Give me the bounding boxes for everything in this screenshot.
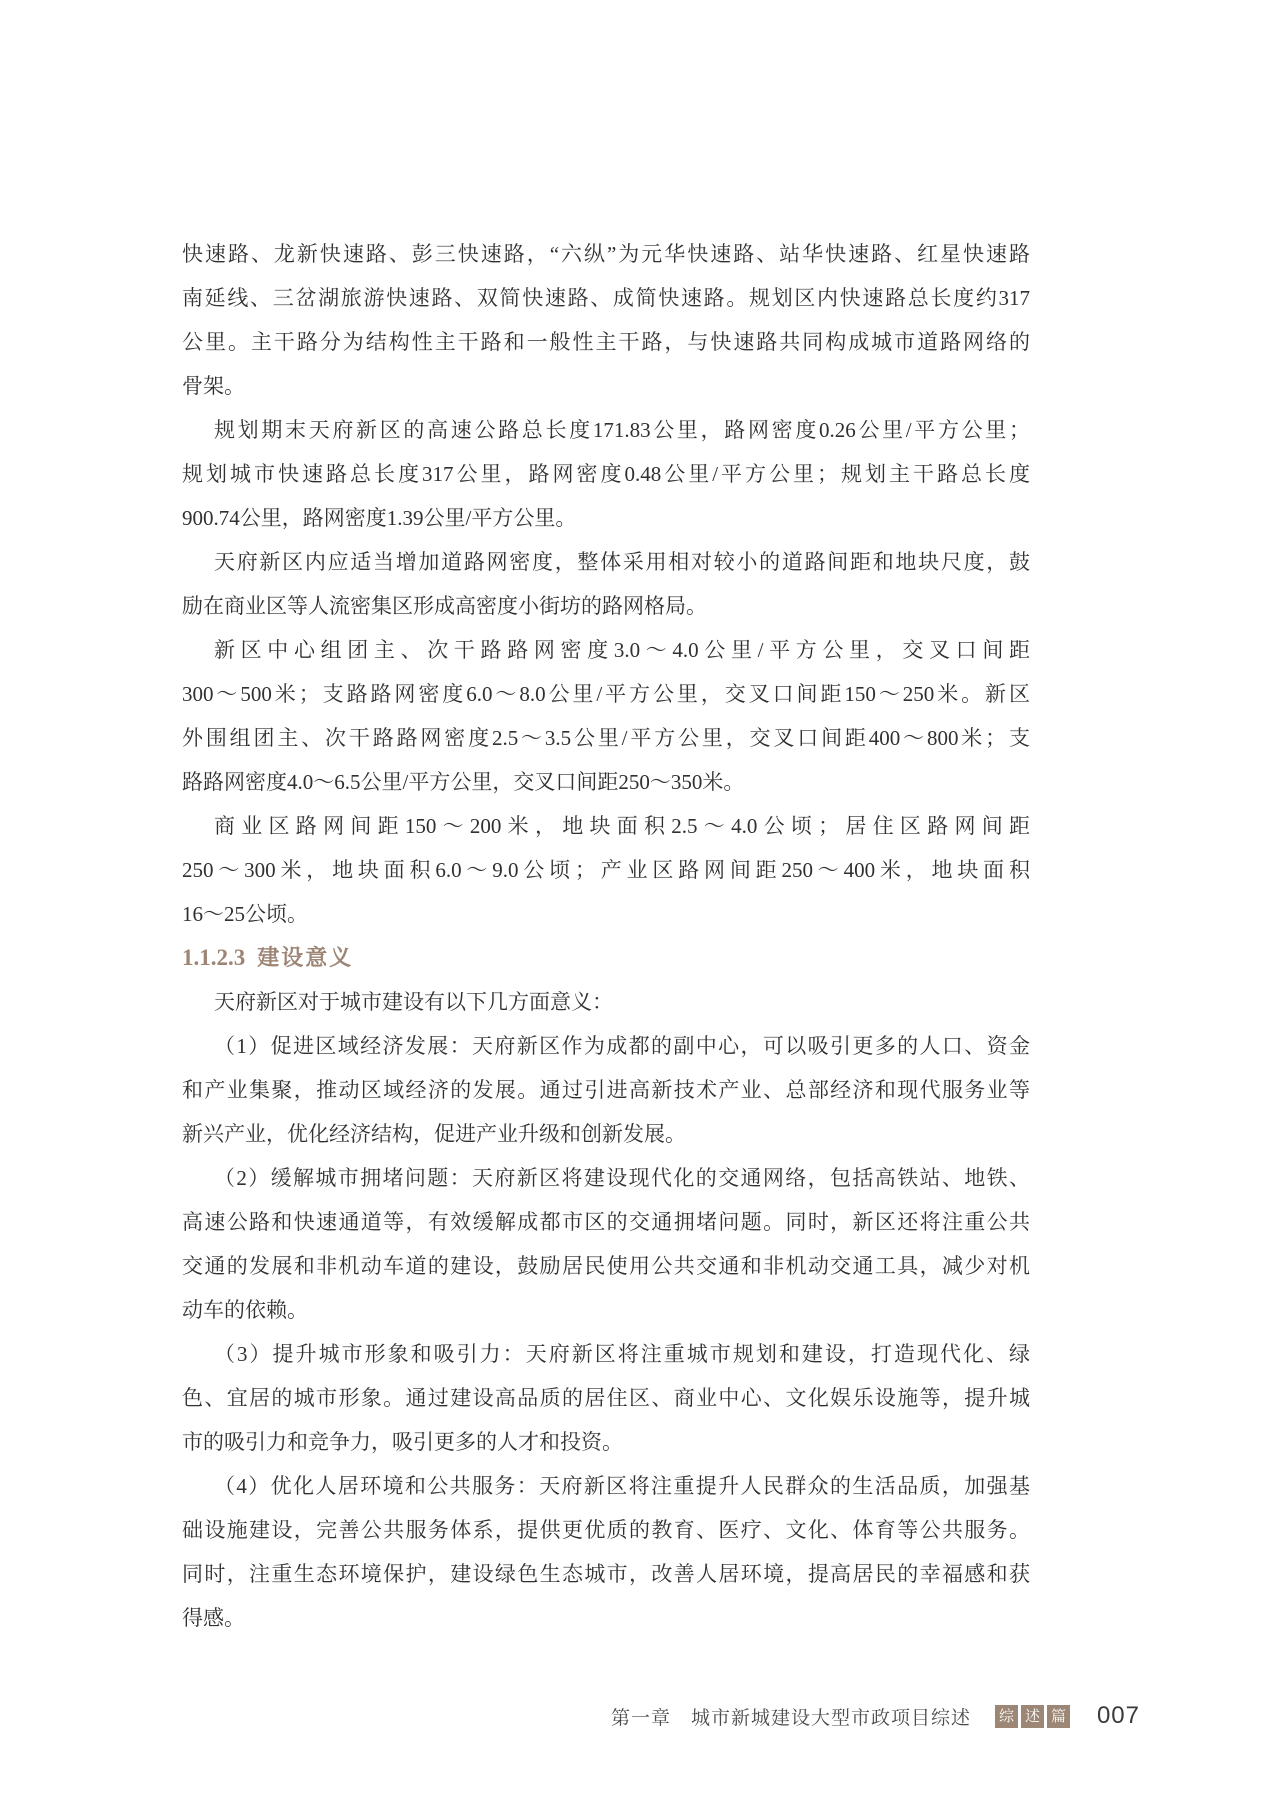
text-line: 骨架。	[182, 364, 1030, 408]
text-line: 市的吸引力和竞争力，吸引更多的人才和投资。	[182, 1420, 1030, 1464]
text-line: 规划期末天府新区的高速公路总长度171.83公里，路网密度0.26公里/平方公里…	[182, 408, 1030, 452]
text-line: 同时，注重生态环境保护，建设绿色生态城市，改善人居环境，提高居民的幸福感和获	[182, 1552, 1030, 1596]
seal-tile-2: 述	[1021, 1705, 1044, 1728]
text-line: （1）促进区域经济发展：天府新区作为成都的副中心，可以吸引更多的人口、资金	[182, 1024, 1030, 1068]
text-line: 路路网密度4.0～6.5公里/平方公里，交叉口间距250～350米。	[182, 760, 1030, 804]
text-line: 外围组团主、次干路路网密度2.5～3.5公里/平方公里，交叉口间距400～800…	[182, 716, 1030, 760]
text-line: 公里。主干路分为结构性主干路和一般性主干路，与快速路共同构成城市道路网络的	[182, 320, 1030, 364]
text-line: 新兴产业，优化经济结构，促进产业升级和创新发展。	[182, 1112, 1030, 1156]
text-line: 新区中心组团主、次干路路网密度3.0～4.0公里/平方公里，交叉口间距	[182, 628, 1030, 672]
body-text: 快速路、龙新快速路、彭三快速路，“六纵”为元华快速路、站华快速路、红星快速路南延…	[182, 232, 1030, 1640]
document-page: 快速路、龙新快速路、彭三快速路，“六纵”为元华快速路、站华快速路、红星快速路南延…	[0, 0, 1280, 1808]
seal-tile-1: 综	[995, 1705, 1018, 1728]
text-line: 300～500米；支路路网密度6.0～8.0公里/平方公里，交叉口间距150～2…	[182, 672, 1030, 716]
text-line: 商业区路网间距150～200米，地块面积2.5～4.0公顷；居住区路网间距	[182, 804, 1030, 848]
text-line: 16～25公顷。	[182, 892, 1030, 936]
text-line: 色、宜居的城市形象。通过建设高品质的居住区、商业中心、文化娱乐设施等，提升城	[182, 1376, 1030, 1420]
page-footer: 第一章 城市新城建设大型市政项目综述 综 述 篇 007	[611, 1701, 1140, 1731]
text-line: 快速路、龙新快速路、彭三快速路，“六纵”为元华快速路、站华快速路、红星快速路	[182, 232, 1030, 276]
text-line: 础设施建设，完善公共服务体系，提供更优质的教育、医疗、文化、体育等公共服务。	[182, 1508, 1030, 1552]
page-number: 007	[1097, 1702, 1140, 1730]
text-line: 得感。	[182, 1596, 1030, 1640]
section-heading: 1.1.2.3建设意义	[182, 936, 1030, 980]
footer-section-seal: 综 述 篇	[995, 1705, 1070, 1728]
text-line: 动车的依赖。	[182, 1288, 1030, 1332]
text-line: 900.74公里，路网密度1.39公里/平方公里。	[182, 496, 1030, 540]
text-line: 南延线、三岔湖旅游快速路、双简快速路、成简快速路。规划区内快速路总长度约317	[182, 276, 1030, 320]
text-line: 高速公路和快速通道等，有效缓解成都市区的交通拥堵问题。同时，新区还将注重公共	[182, 1200, 1030, 1244]
text-line: （2）缓解城市拥堵问题：天府新区将建设现代化的交通网络，包括高铁站、地铁、	[182, 1156, 1030, 1200]
text-line: 规划城市快速路总长度317公里，路网密度0.48公里/平方公里；规划主干路总长度	[182, 452, 1030, 496]
text-line: 励在商业区等人流密集区形成高密度小街坊的路网格局。	[182, 584, 1030, 628]
text-line: （4）优化人居环境和公共服务：天府新区将注重提升人民群众的生活品质，加强基	[182, 1464, 1030, 1508]
text-line: （3）提升城市形象和吸引力：天府新区将注重城市规划和建设，打造现代化、绿	[182, 1332, 1030, 1376]
text-line: 天府新区内应适当增加道路网密度，整体采用相对较小的道路间距和地块尺度，鼓	[182, 540, 1030, 584]
section-heading-number: 1.1.2.3	[182, 945, 245, 970]
section-heading-title: 建设意义	[257, 945, 353, 970]
text-line: 250～300米，地块面积6.0～9.0公顷；产业区路网间距250～400米，地…	[182, 848, 1030, 892]
footer-chapter-title: 第一章 城市新城建设大型市政项目综述	[611, 1703, 971, 1730]
text-line: 天府新区对于城市建设有以下几方面意义：	[182, 980, 1030, 1024]
seal-tile-3: 篇	[1047, 1705, 1070, 1728]
text-line: 交通的发展和非机动车道的建设，鼓励居民使用公共交通和非机动交通工具，减少对机	[182, 1244, 1030, 1288]
text-line: 和产业集聚，推动区域经济的发展。通过引进高新技术产业、总部经济和现代服务业等	[182, 1068, 1030, 1112]
